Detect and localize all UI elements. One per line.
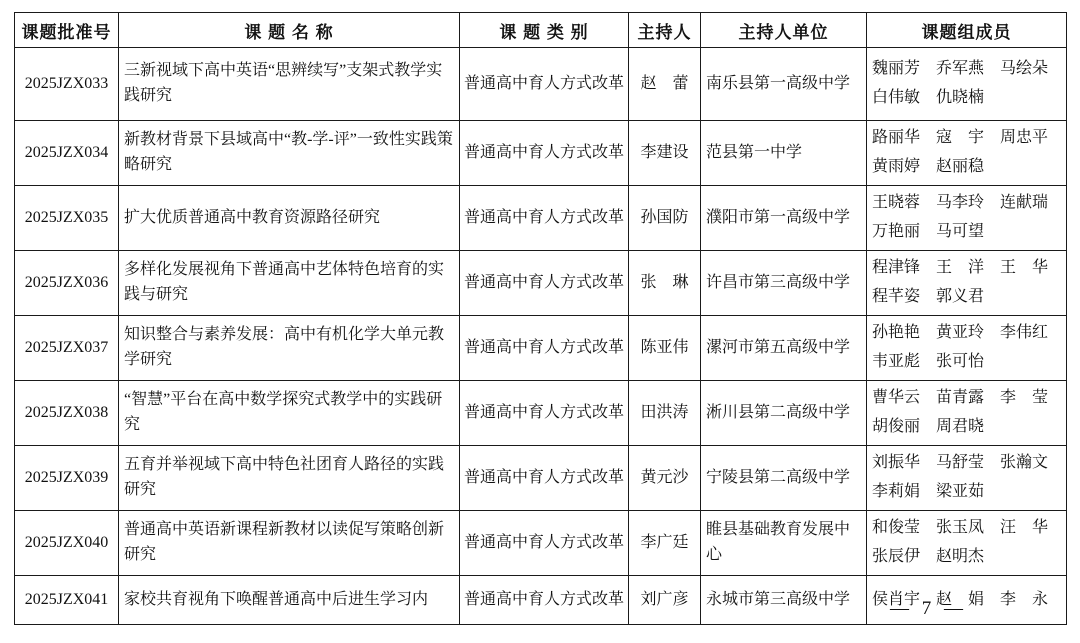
cell-leader: 孙国防 xyxy=(629,186,701,251)
projects-table: 课题批准号 课 题 名 称 课 题 类 别 主持人 主持人单位 课题组成员 20… xyxy=(14,12,1067,625)
cell-leader-unit: 漯河市第五高级中学 xyxy=(701,316,867,381)
column-header-category: 课 题 类 别 xyxy=(460,13,629,48)
cell-project-title: 新教材背景下县域高中“教-学-评”一致性实践策略研究 xyxy=(119,121,460,186)
cell-project-title: 家校共育视角下唤醒普通高中后进生学习内 xyxy=(119,576,460,625)
table-row: 2025JZX036 多样化发展视角下普通高中艺体特色培育的实践与研究 普通高中… xyxy=(15,251,1067,316)
column-header-project-title: 课 题 名 称 xyxy=(119,13,460,48)
cell-approval-number: 2025JZX035 xyxy=(15,186,119,251)
cell-leader-unit: 范县第一中学 xyxy=(701,121,867,186)
cell-category: 普通高中育人方式改革 xyxy=(460,121,629,186)
cell-members: 刘振华 马舒莹 张瀚文 李莉娟 梁亚茹 xyxy=(867,446,1067,511)
page-number: — 7 — xyxy=(890,598,967,620)
cell-leader-unit: 永城市第三高级中学 xyxy=(701,576,867,625)
cell-members: 和俊莹 张玉凤 汪 华 张辰伊 赵明杰 xyxy=(867,511,1067,576)
cell-leader-unit: 宁陵县第二高级中学 xyxy=(701,446,867,511)
table-row: 2025JZX037 知识整合与素养发展：高中有机化学大单元教学研究 普通高中育… xyxy=(15,316,1067,381)
cell-project-title: 三新视域下高中英语“思辨续写”支架式教学实践研究 xyxy=(119,48,460,121)
cell-approval-number: 2025JZX033 xyxy=(15,48,119,121)
cell-category: 普通高中育人方式改革 xyxy=(460,316,629,381)
cell-approval-number: 2025JZX039 xyxy=(15,446,119,511)
cell-leader: 黄元沙 xyxy=(629,446,701,511)
column-header-approval-number: 课题批准号 xyxy=(15,13,119,48)
cell-members: 魏丽芳 乔军燕 马绘朵 白伟敏 仇晓楠 xyxy=(867,48,1067,121)
cell-category: 普通高中育人方式改革 xyxy=(460,511,629,576)
table-row: 2025JZX033 三新视域下高中英语“思辨续写”支架式教学实践研究 普通高中… xyxy=(15,48,1067,121)
table-row: 2025JZX034 新教材背景下县域高中“教-学-评”一致性实践策略研究 普通… xyxy=(15,121,1067,186)
cell-members: 程津锋 王 洋 王 华 程芊姿 郭义君 xyxy=(867,251,1067,316)
cell-leader-unit: 南乐县第一高级中学 xyxy=(701,48,867,121)
cell-leader: 陈亚伟 xyxy=(629,316,701,381)
cell-category: 普通高中育人方式改革 xyxy=(460,576,629,625)
cell-category: 普通高中育人方式改革 xyxy=(460,251,629,316)
cell-members: 王晓蓉 马李玲 连献瑞 万艳丽 马可望 xyxy=(867,186,1067,251)
column-header-leader-unit: 主持人单位 xyxy=(701,13,867,48)
cell-project-title: 普通高中英语新课程新教材以读促写策略创新研究 xyxy=(119,511,460,576)
cell-leader: 田洪涛 xyxy=(629,381,701,446)
cell-project-title: 五育并举视域下高中特色社团育人路径的实践研究 xyxy=(119,446,460,511)
cell-approval-number: 2025JZX038 xyxy=(15,381,119,446)
cell-leader: 李建设 xyxy=(629,121,701,186)
cell-leader-unit: 许昌市第三高级中学 xyxy=(701,251,867,316)
cell-category: 普通高中育人方式改革 xyxy=(460,48,629,121)
cell-approval-number: 2025JZX037 xyxy=(15,316,119,381)
cell-approval-number: 2025JZX034 xyxy=(15,121,119,186)
cell-category: 普通高中育人方式改革 xyxy=(460,446,629,511)
cell-members: 路丽华 寇 宇 周忠平 黄雨婷 赵丽稳 xyxy=(867,121,1067,186)
cell-project-title: “智慧”平台在高中数学探究式教学中的实践研究 xyxy=(119,381,460,446)
table-row: 2025JZX039 五育并举视域下高中特色社团育人路径的实践研究 普通高中育人… xyxy=(15,446,1067,511)
cell-category: 普通高中育人方式改革 xyxy=(460,381,629,446)
cell-approval-number: 2025JZX036 xyxy=(15,251,119,316)
table-header-row: 课题批准号 课 题 名 称 课 题 类 别 主持人 主持人单位 课题组成员 xyxy=(15,13,1067,48)
cell-members: 孙艳艳 黄亚玲 李伟红 韦亚彪 张可怡 xyxy=(867,316,1067,381)
cell-project-title: 多样化发展视角下普通高中艺体特色培育的实践与研究 xyxy=(119,251,460,316)
cell-approval-number: 2025JZX041 xyxy=(15,576,119,625)
cell-leader: 张 琳 xyxy=(629,251,701,316)
cell-project-title: 知识整合与素养发展：高中有机化学大单元教学研究 xyxy=(119,316,460,381)
cell-members: 曹华云 苗青露 李 莹 胡俊丽 周君晓 xyxy=(867,381,1067,446)
column-header-members: 课题组成员 xyxy=(867,13,1067,48)
column-header-leader: 主持人 xyxy=(629,13,701,48)
table-row: 2025JZX035 扩大优质普通高中教育资源路径研究 普通高中育人方式改革 孙… xyxy=(15,186,1067,251)
cell-project-title: 扩大优质普通高中教育资源路径研究 xyxy=(119,186,460,251)
cell-leader: 赵 蕾 xyxy=(629,48,701,121)
table-row: 2025JZX040 普通高中英语新课程新教材以读促写策略创新研究 普通高中育人… xyxy=(15,511,1067,576)
cell-leader: 李广廷 xyxy=(629,511,701,576)
cell-leader: 刘广彦 xyxy=(629,576,701,625)
cell-leader-unit: 濮阳市第一高级中学 xyxy=(701,186,867,251)
document-page: 课题批准号 课 题 名 称 课 题 类 别 主持人 主持人单位 课题组成员 20… xyxy=(0,0,1080,643)
cell-leader-unit: 睢县基础教育发展中心 xyxy=(701,511,867,576)
cell-approval-number: 2025JZX040 xyxy=(15,511,119,576)
cell-leader-unit: 淅川县第二高级中学 xyxy=(701,381,867,446)
table-row: 2025JZX038 “智慧”平台在高中数学探究式教学中的实践研究 普通高中育人… xyxy=(15,381,1067,446)
cell-category: 普通高中育人方式改革 xyxy=(460,186,629,251)
